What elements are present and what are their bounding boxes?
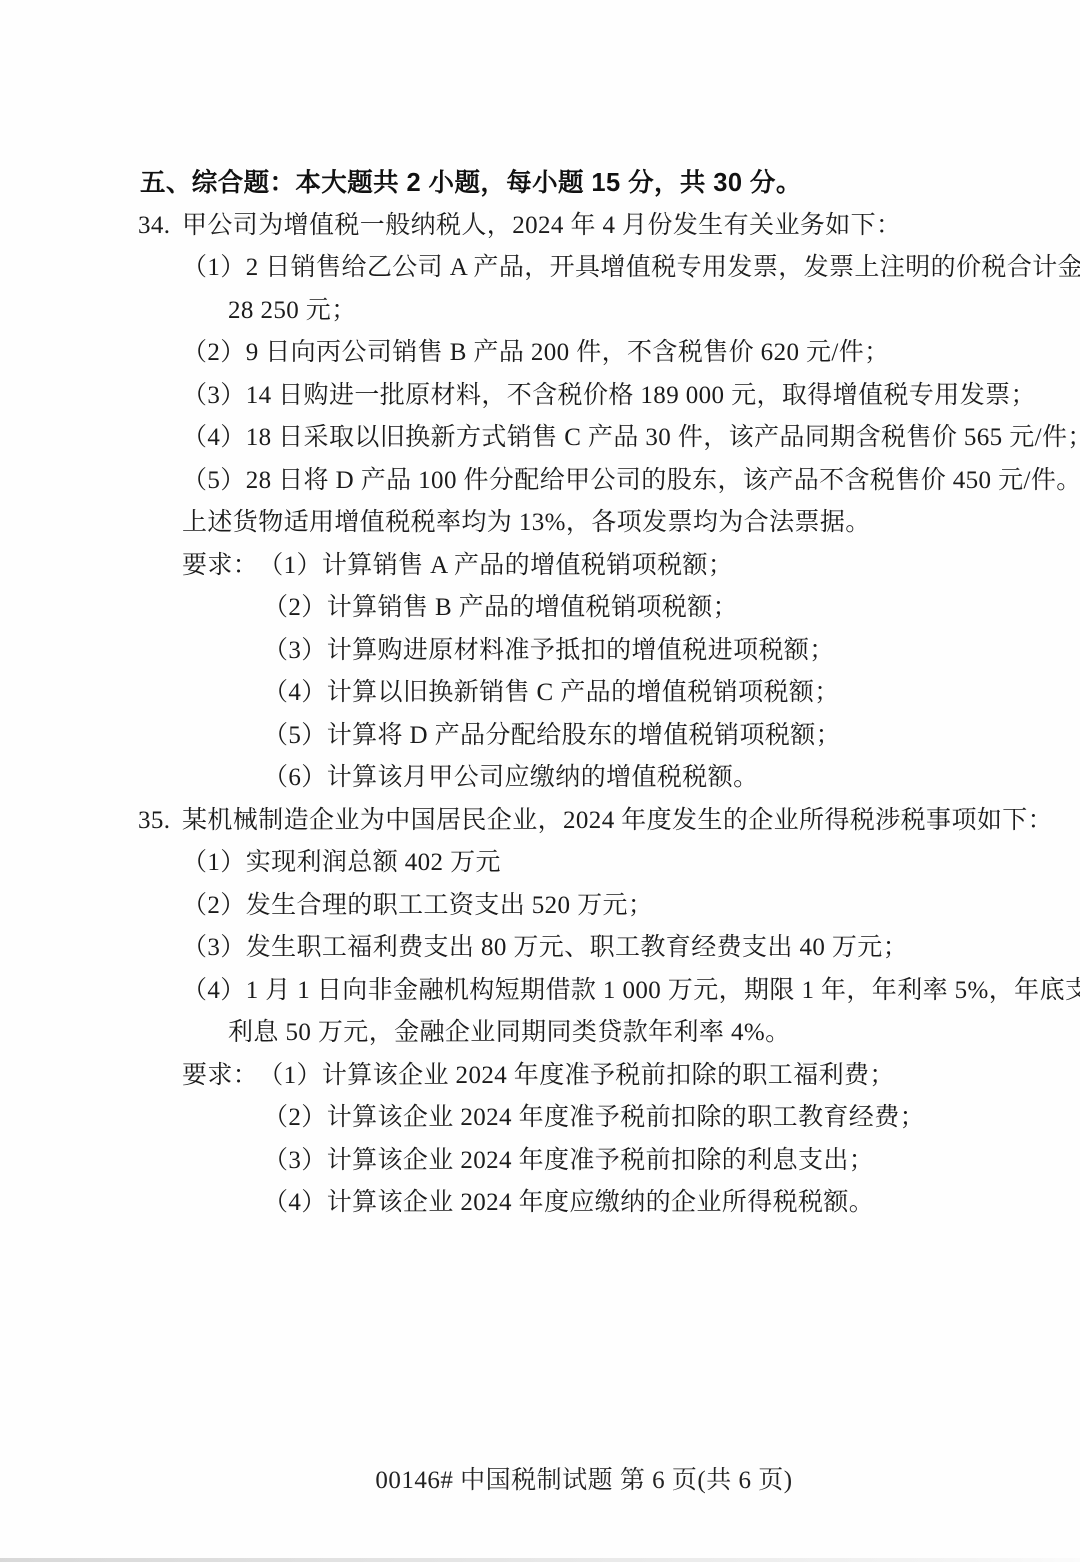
scan-edge	[0, 1558, 1080, 1562]
q34-item-2: （2）9 日向丙公司销售 B 产品 200 件，不含税售价 620 元/件；	[0, 332, 1080, 375]
q35-requirement-1: 要求：（1）计算该企业 2024 年度准予税前扣除的职工福利费；	[0, 1055, 1080, 1098]
q35-item-2: （2）发生合理的职工工资支出 520 万元；	[0, 885, 1080, 928]
question-35-number: 35.	[138, 800, 182, 843]
q35-item-4-line-1: （4）1 月 1 日向非金融机构短期借款 1 000 万元，期限 1 年，年利率…	[0, 970, 1080, 1013]
q35-requirements-label: 要求：	[182, 1055, 258, 1098]
q35-item-1: （1）实现利润总额 402 万元	[0, 842, 1080, 885]
question-34-number: 34.	[138, 205, 182, 248]
q34-item-5: （5）28 日将 D 产品 100 件分配给甲公司的股东，该产品不含税售价 45…	[0, 460, 1080, 503]
exam-page: 五、综合题：本大题共 2 小题，每小题 15 分，共 30 分。 34.甲公司为…	[0, 0, 1080, 1562]
q35-requirement-1-text: （1）计算该企业 2024 年度准予税前扣除的职工福利费；	[258, 1062, 895, 1089]
question-34: 34.甲公司为增值税一般纳税人，2024 年 4 月份发生有关业务如下：	[0, 205, 1080, 248]
question-35: 35.某机械制造企业为中国居民企业，2024 年度发生的企业所得税涉税事项如下：	[0, 800, 1080, 843]
question-35-stem: 某机械制造企业为中国居民企业，2024 年度发生的企业所得税涉税事项如下：	[182, 807, 1053, 834]
q34-requirement-2: （2）计算销售 B 产品的增值税销项税额；	[0, 587, 1080, 630]
q34-requirement-4: （4）计算以旧换新销售 C 产品的增值税销项税额；	[0, 672, 1080, 715]
q34-note: 上述货物适用增值税税率均为 13%，各项发票均为合法票据。	[0, 502, 1080, 545]
q35-requirement-4: （4）计算该企业 2024 年度应缴纳的企业所得税税额。	[0, 1182, 1080, 1225]
q34-requirement-1-text: （1）计算销售 A 产品的增值税销项税额；	[258, 552, 733, 579]
section-header: 五、综合题：本大题共 2 小题，每小题 15 分，共 30 分。	[0, 162, 1080, 205]
q35-requirement-2: （2）计算该企业 2024 年度准予税前扣除的职工教育经费；	[0, 1097, 1080, 1140]
q34-requirement-6: （6）计算该月甲公司应缴纳的增值税税额。	[0, 757, 1080, 800]
question-34-stem: 甲公司为增值税一般纳税人，2024 年 4 月份发生有关业务如下：	[182, 212, 901, 239]
q34-item-3: （3）14 日购进一批原材料，不含税价格 189 000 元，取得增值税专用发票…	[0, 375, 1080, 418]
q34-requirements-label: 要求：	[182, 545, 258, 588]
q35-item-4-line-2: 利息 50 万元，金融企业同期同类贷款年利率 4%。	[0, 1012, 1080, 1055]
page-footer: 00146# 中国税制试题 第 6 页(共 6 页)	[0, 1460, 1080, 1496]
q35-item-3: （3）发生职工福利费支出 80 万元、职工教育经费支出 40 万元；	[0, 927, 1080, 970]
q34-item-1-line-1: （1）2 日销售给乙公司 A 产品，开具增值税专用发票，发票上注明的价税合计金额	[0, 247, 1080, 290]
q34-requirement-1: 要求：（1）计算销售 A 产品的增值税销项税额；	[0, 545, 1080, 588]
q34-item-4: （4）18 日采取以旧换新方式销售 C 产品 30 件，该产品同期含税售价 56…	[0, 417, 1080, 460]
q35-requirement-3: （3）计算该企业 2024 年度准予税前扣除的利息支出；	[0, 1140, 1080, 1183]
q34-item-1-line-2: 28 250 元；	[0, 290, 1080, 333]
q34-requirement-5: （5）计算将 D 产品分配给股东的增值税销项税额；	[0, 715, 1080, 758]
q34-requirement-3: （3）计算购进原材料准予抵扣的增值税进项税额；	[0, 630, 1080, 673]
